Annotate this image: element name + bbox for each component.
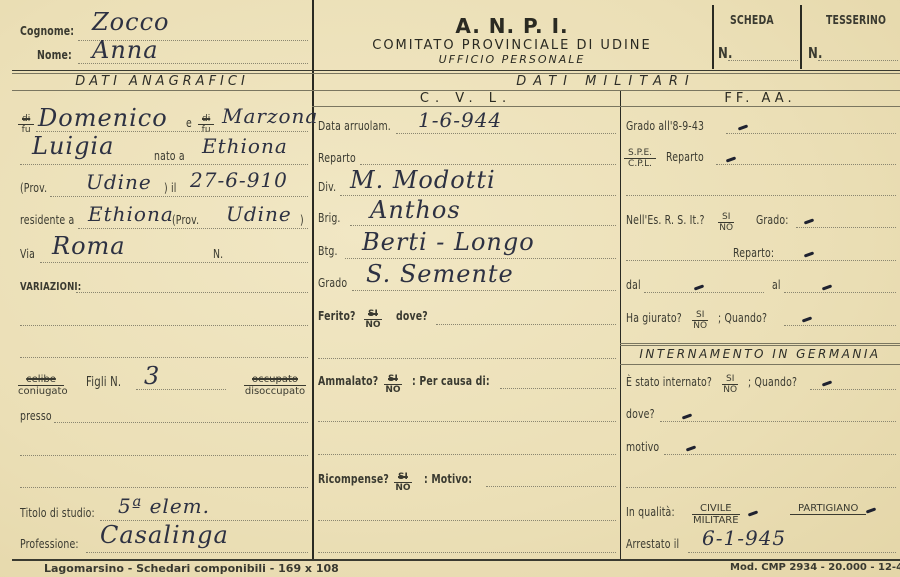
section-dati-militari: DATI MILITARI	[312, 74, 900, 89]
no-option: NO	[384, 385, 402, 395]
coniugato-label: coniugato	[18, 386, 64, 397]
printer-credit: Lagomarsino - Schedari componibili - 169…	[44, 562, 339, 575]
brig-line	[350, 225, 616, 226]
nato-a-value: Ethiona	[202, 134, 288, 158]
name-value: Luigia	[32, 132, 114, 160]
nome-line	[78, 63, 308, 64]
via-value: Roma	[52, 232, 126, 260]
n-label: N.	[213, 247, 223, 261]
form-model: Mod. CMP 2934 - 20.000 - 12-45	[730, 562, 900, 573]
no-option: NO	[718, 223, 734, 233]
empty-mark	[866, 507, 876, 513]
si-option: SI	[718, 212, 734, 223]
footer-rule	[12, 559, 900, 561]
no-option: NO	[692, 321, 708, 331]
partigiano-option: PARTIGIANO	[790, 503, 866, 515]
residence-line	[78, 228, 308, 229]
civile-militare: CIVILE MILITARE	[692, 503, 740, 526]
arrestato-value: 6-1-945	[702, 526, 786, 550]
ffaa-title: FF. AA.	[620, 91, 900, 106]
prov-value: Udine	[86, 170, 152, 194]
per-causa-line	[500, 388, 616, 389]
empty-mark	[748, 510, 758, 516]
ferito-si-no: SI NO	[364, 309, 382, 330]
per-causa-label: : Per causa di:	[412, 374, 490, 388]
blank-line-2	[20, 487, 308, 488]
si-option: SI	[364, 309, 382, 320]
data-arruolam-value: 1-6-944	[418, 108, 502, 132]
occupato-label: occupato	[244, 374, 306, 386]
dal-label: dal	[626, 278, 641, 292]
no-option: NO	[722, 385, 738, 395]
divider-cvl-ffaa	[620, 90, 621, 560]
titolo-label: Titolo di studio:	[20, 506, 95, 520]
brig-value: Anthos	[370, 196, 461, 224]
cvl-blank-5	[318, 552, 616, 553]
si-option: SI	[722, 374, 738, 385]
figli-line	[136, 389, 226, 390]
nome-label: Nome:	[37, 48, 72, 62]
org-title: A. N. P. I.	[312, 14, 712, 38]
professione-value: Casalinga	[100, 521, 229, 549]
ferito-label: Ferito?	[318, 309, 356, 323]
di-label: di	[18, 114, 34, 125]
dove-label: dove?	[396, 309, 428, 323]
internamento-motivo-label: motivo	[626, 440, 659, 454]
dal-line	[644, 292, 764, 293]
empty-mark	[822, 284, 832, 290]
grado-8-9-43-label: Grado all'8-9-43	[626, 119, 704, 133]
dove-line	[436, 324, 616, 325]
al-label: al	[772, 278, 781, 292]
via-label: Via	[20, 247, 35, 261]
ffaa-reparto-label: Reparto	[666, 150, 704, 164]
data-arruolam-label: Data arruolam.	[318, 119, 391, 133]
internato-si-no: SI NO	[722, 374, 738, 395]
internamento-dove-label: dove?	[626, 407, 655, 421]
empty-mark	[804, 251, 814, 257]
qualita-label: In qualità:	[626, 505, 675, 519]
no-option: NO	[394, 483, 412, 493]
reparto-label: Reparto	[318, 151, 356, 165]
rsi-reparto-line	[626, 260, 896, 261]
cvl-blank-3	[318, 454, 616, 455]
partigiano: PARTIGIANO	[790, 503, 866, 515]
reparto-line	[360, 164, 616, 165]
employment-status: occupato disoccupato	[244, 374, 306, 397]
rsi-reparto-label: Reparto:	[733, 246, 774, 260]
giurato-quando-line	[784, 325, 896, 326]
empty-mark	[804, 218, 814, 224]
grado-line	[352, 290, 616, 291]
nato-a-label: nato a	[154, 149, 185, 163]
marital-status: celibe coniugato	[18, 374, 64, 397]
tesserino-n-line	[818, 60, 898, 61]
motivo-line	[486, 486, 616, 487]
e-label: e	[186, 116, 192, 130]
internamento-blank	[626, 487, 896, 488]
variazioni-line-2	[20, 325, 308, 326]
btg-line	[345, 258, 616, 259]
empty-mark	[726, 156, 736, 162]
section-dati-anagrafici: DATI ANAGRAFICI	[12, 74, 312, 89]
empty-mark	[686, 445, 696, 451]
celibe-label: celibe	[18, 374, 64, 386]
titolo-value: 5ª elem.	[118, 494, 210, 518]
figli-value: 3	[144, 362, 160, 390]
presso-line	[54, 422, 308, 423]
variazioni-line-1	[76, 292, 308, 293]
cpl-label: C.P.L.	[624, 159, 656, 169]
cognome-label: Cognome:	[20, 24, 74, 38]
internamento-rule-bottom	[620, 364, 900, 365]
professione-label: Professione:	[20, 537, 79, 551]
btg-label: Btg.	[318, 244, 338, 258]
di-label: di	[198, 114, 214, 125]
presso-label: presso	[20, 409, 52, 423]
spe-label: S.P.E.	[624, 148, 656, 159]
scheda-label: SCHEDA	[730, 13, 774, 27]
internato-quando-line	[810, 389, 896, 390]
giurato-si-no: SI NO	[692, 310, 708, 331]
residente-value: Ethiona	[88, 202, 174, 226]
no-option: NO	[364, 320, 382, 330]
internamento-title: INTERNAMENTO IN GERMANIA	[620, 347, 900, 361]
birth-date: 27-6-910	[190, 168, 288, 192]
internato-quando-label: ; Quando?	[748, 375, 797, 389]
il-label: ) il	[164, 181, 176, 195]
internamento-motivo-line	[664, 454, 896, 455]
blank-line-1	[20, 455, 308, 456]
scheda-n-line	[728, 60, 798, 61]
nome-value: Anna	[92, 36, 159, 64]
cognome-value: Zocco	[92, 8, 169, 36]
ammalato-si-no: SI NO	[384, 374, 402, 395]
disoccupato-label: disoccupato	[244, 386, 306, 397]
rsi-grado-line	[796, 227, 896, 228]
ammalato-label: Ammalato?	[318, 374, 378, 388]
empty-mark	[822, 380, 832, 386]
org-office: UFFICIO PERSONALE	[312, 53, 712, 66]
arrestato-label: Arrestato il	[626, 537, 679, 551]
si-option: SI	[692, 310, 708, 321]
al-line	[784, 292, 896, 293]
rsi-si-no: SI NO	[718, 212, 734, 233]
brig-label: Brig.	[318, 211, 341, 225]
cvl-blank-2	[318, 421, 616, 422]
empty-mark	[738, 124, 748, 130]
si-option: SI	[394, 472, 412, 483]
cvl-blank-4	[318, 520, 616, 521]
giurato-quando-label: ; Quando?	[718, 311, 767, 325]
ffaa-blank-1	[626, 195, 896, 196]
father-value: Domenico	[38, 104, 168, 132]
ricompense-label: Ricompense?	[318, 472, 389, 486]
res-prov-close: )	[300, 213, 304, 227]
empty-mark	[694, 284, 704, 290]
cvl-blank-1	[318, 358, 616, 359]
divider-tesserino	[800, 5, 802, 69]
grado-value: S. Semente	[366, 260, 514, 288]
internato-label: È stato internato?	[626, 375, 712, 389]
residente-label: residente a	[20, 213, 74, 227]
rsi-grado-label: Grado:	[756, 213, 789, 227]
grado-label: Grado	[318, 276, 347, 290]
internamento-rule-top	[620, 343, 900, 344]
div-label: Div.	[318, 180, 336, 194]
div-value: M. Modotti	[350, 166, 496, 194]
ffaa-reparto-line	[716, 164, 896, 165]
arrestato-line	[688, 552, 896, 553]
empty-mark	[802, 316, 812, 322]
tesserino-label: TESSERINO	[826, 13, 886, 27]
variazioni-line-3	[20, 357, 308, 358]
header-rule	[12, 70, 900, 71]
internamento-rule-top2	[620, 345, 900, 346]
motivo-label: : Motivo:	[424, 472, 472, 486]
res-prov-label: (Prov.	[172, 213, 199, 227]
prov-label: (Prov.	[20, 181, 47, 195]
figli-label: Figli N.	[86, 375, 121, 390]
cvl-title: C. V. L.	[312, 91, 620, 106]
divider-scheda	[712, 5, 714, 69]
via-line	[40, 262, 308, 263]
prov-line	[50, 196, 308, 197]
subsection-rule	[312, 106, 900, 107]
rsi-label: Nell'Es. R. S. It.?	[626, 213, 705, 227]
mother-value: Marzona	[222, 104, 318, 128]
org-committee: COMITATO PROVINCIALE DI UDINE	[312, 38, 712, 53]
data-arruolam-line	[396, 133, 616, 134]
professione-line	[86, 552, 308, 553]
internamento-dove-line	[660, 421, 896, 422]
ricompense-si-no: SI NO	[394, 472, 412, 493]
spe-cpl: S.P.E. C.P.L.	[624, 148, 656, 169]
giurato-label: Ha giurato?	[626, 311, 682, 325]
empty-mark	[682, 413, 692, 419]
birthplace-line	[20, 164, 308, 165]
res-prov-value: Udine	[226, 202, 292, 226]
grado-8-9-43-line	[726, 133, 896, 134]
si-option: SI	[384, 374, 402, 385]
militare-option: MILITARE	[692, 515, 740, 526]
anpi-record-card: Cognome: Zocco Nome: Anna DATI ANAGRAFIC…	[0, 0, 900, 577]
variazioni-label: VARIAZIONI:	[20, 280, 81, 293]
civile-option: CIVILE	[692, 503, 740, 515]
btg-value: Berti - Longo	[362, 228, 535, 256]
